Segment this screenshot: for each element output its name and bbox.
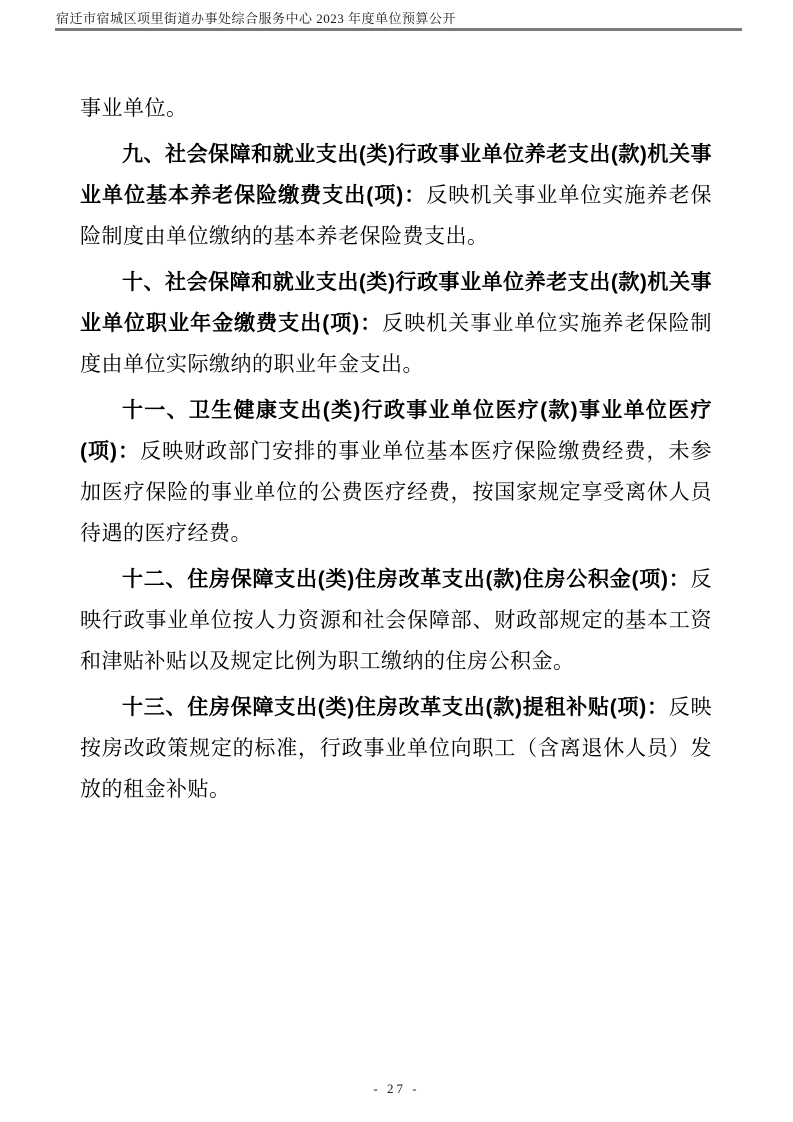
paragraph-item-10: 十、社会保障和就业支出(类)行政事业单位养老支出(款)机关事业单位职业年金缴费支… bbox=[80, 262, 712, 385]
item-12-lead: 十二、住房保障支出(类)住房改革支出(款)住房公积金(项)： bbox=[122, 568, 691, 591]
paragraph-item-11: 十一、卫生健康支出(类)行政事业单位医疗(款)事业单位医疗(项)：反映财政部门安… bbox=[80, 390, 712, 554]
page-footer: - 27 - bbox=[0, 1080, 793, 1098]
header-rule bbox=[55, 28, 742, 31]
header-title: 宿迁市宿城区项里街道办事处综合服务中心 2023 年度单位预算公开 bbox=[56, 11, 746, 27]
document-page: 宿迁市宿城区项里街道办事处综合服务中心 2023 年度单位预算公开 事业单位。 … bbox=[0, 0, 793, 1122]
paragraph-item-12: 十二、住房保障支出(类)住房改革支出(款)住房公积金(项)：反映行政事业单位按人… bbox=[80, 559, 712, 682]
item-11-description: 反映财政部门安排的事业单位基本医疗保险缴费经费，未参加医疗保险的事业单位的公费医… bbox=[80, 439, 712, 545]
page-number: - 27 - bbox=[373, 1081, 419, 1096]
item-13-lead: 十三、住房保障支出(类)住房改革支出(款)提租补贴(项)： bbox=[122, 696, 669, 719]
document-body: 事业单位。 九、社会保障和就业支出(类)行政事业单位养老支出(款)机关事业单位基… bbox=[80, 88, 712, 810]
paragraph-item-13: 十三、住房保障支出(类)住房改革支出(款)提租补贴(项)：反映按房改政策规定的标… bbox=[80, 687, 712, 810]
paragraph-continuation: 事业单位。 bbox=[80, 88, 712, 129]
paragraph-item-9: 九、社会保障和就业支出(类)行政事业单位养老支出(款)机关事业单位基本养老保险缴… bbox=[80, 134, 712, 257]
